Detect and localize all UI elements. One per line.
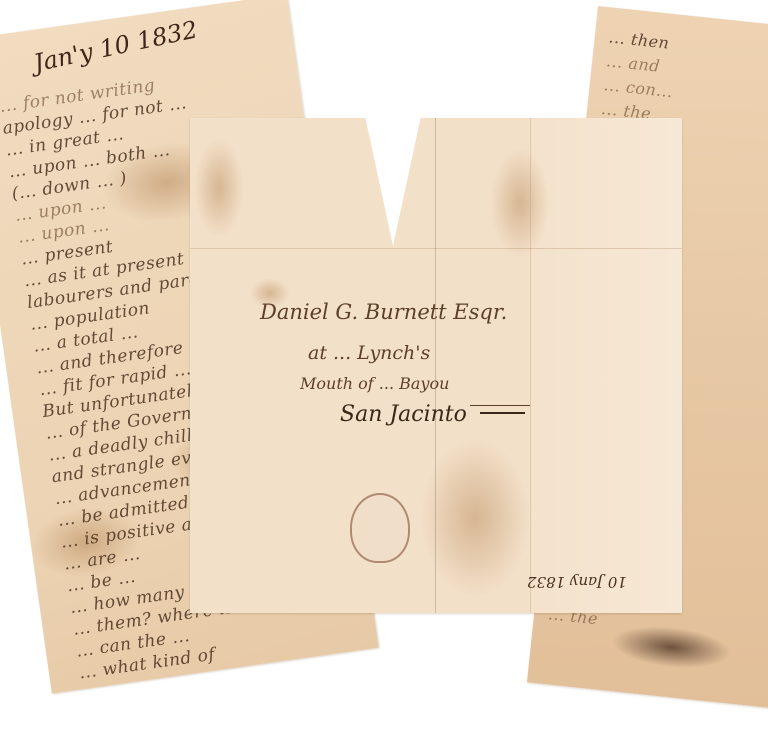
underline-flourish bbox=[470, 405, 530, 406]
water-stain bbox=[194, 138, 244, 238]
address-line: San Jacinto bbox=[340, 402, 467, 427]
address-line: Daniel G. Burnett Esqr. bbox=[260, 300, 507, 324]
underline-flourish bbox=[480, 412, 525, 414]
envelope-flap bbox=[532, 118, 682, 613]
address-line: Mouth of ... Bayou bbox=[300, 374, 449, 393]
photo-scene: Jan'y 10 1832 ... for not writing apolog… bbox=[0, 0, 768, 735]
water-stain bbox=[490, 148, 550, 258]
water-stain bbox=[420, 438, 530, 598]
torn-notch bbox=[365, 116, 421, 246]
docket-note: 10 Jany 1832 bbox=[527, 573, 627, 591]
wax-seal-remnant bbox=[350, 493, 410, 563]
fold-line bbox=[190, 248, 682, 249]
addressed-envelope: Daniel G. Burnett Esqr. at ... Lynch's M… bbox=[190, 118, 682, 613]
address-line: at ... Lynch's bbox=[308, 342, 430, 364]
letter-date: Jan'y 10 1832 bbox=[31, 15, 200, 77]
